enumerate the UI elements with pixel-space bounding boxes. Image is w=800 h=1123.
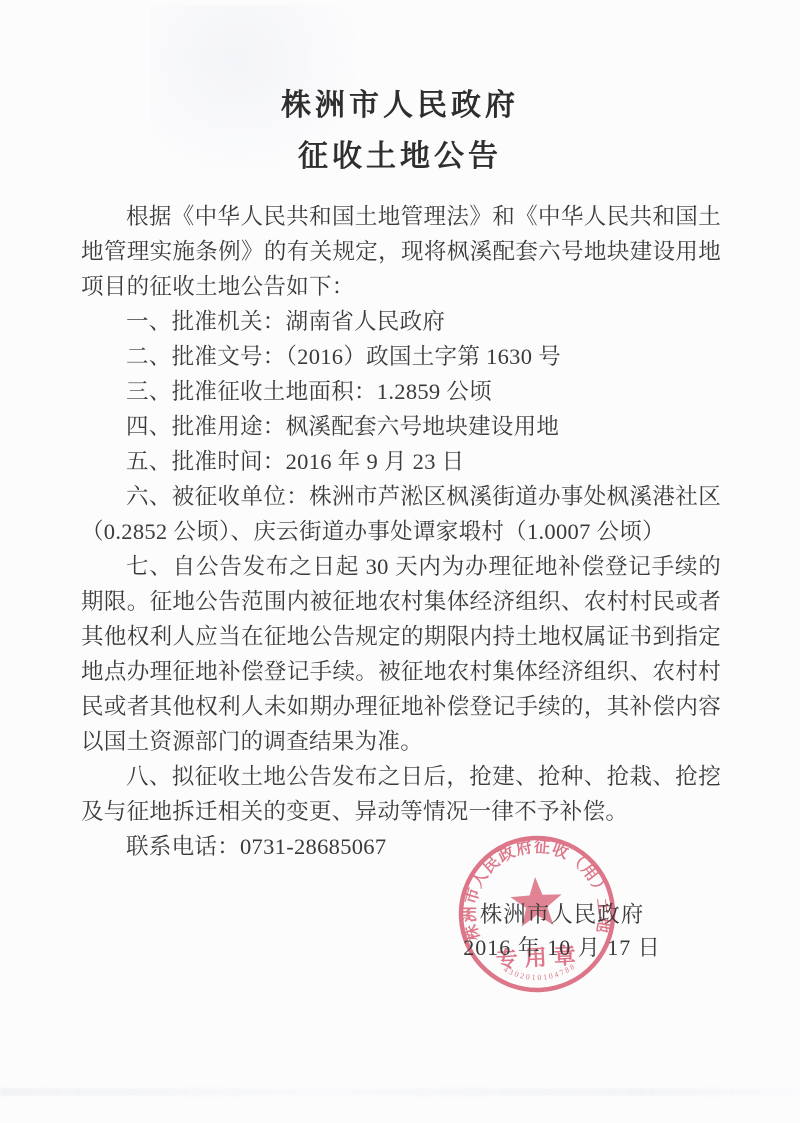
- signature-date: 2016 年 10 月 17 日: [450, 931, 674, 962]
- item-2-approval-number: 二、批准文号：（2016）政国土字第 1630 号: [81, 339, 721, 374]
- title-line-2: 征收土地公告: [0, 131, 800, 182]
- scanned-document-page: 株洲市人民政府 征收土地公告 根据《中华人民共和国土地管理法》和《中华人民共和国…: [0, 0, 800, 1123]
- contact-phone-line: 联系电话：0731-28685067: [81, 829, 721, 864]
- item-5-approval-date: 五、批准时间：2016 年 9 月 23 日: [81, 444, 721, 479]
- item-4-approved-use: 四、批准用途：枫溪配套六号地块建设用地: [81, 409, 721, 444]
- scan-artifact: [0, 1088, 800, 1096]
- item-1-approving-authority: 一、批准机关：湖南省人民政府: [81, 304, 721, 339]
- document-body: 根据《中华人民共和国土地管理法》和《中华人民共和国土地管理实施条例》的有关规定，…: [81, 199, 721, 864]
- item-3-approved-area: 三、批准征收土地面积：1.2859 公顷: [81, 374, 721, 409]
- document-title: 株洲市人民政府 征收土地公告: [0, 80, 800, 182]
- item-7-registration-period: 七、自公告发布之日起 30 天内为办理征地补偿登记手续的期限。征地公告范围内被征…: [81, 549, 721, 759]
- paragraph-intro: 根据《中华人民共和国土地管理法》和《中华人民共和国土地管理实施条例》的有关规定，…: [81, 199, 721, 304]
- signature-issuer: 株洲市人民政府: [462, 897, 662, 929]
- title-line-1: 株洲市人民政府: [0, 80, 800, 131]
- item-8-no-compensation: 八、拟征收土地公告发布之日后，抢建、抢种、抢栽、抢挖及与征地拆迁相关的变更、异动…: [81, 759, 721, 829]
- item-6-expropriated-units: 六、被征收单位：株洲市芦淞区枫溪街道办事处枫溪港社区（0.2852 公顷）、庆云…: [81, 479, 721, 549]
